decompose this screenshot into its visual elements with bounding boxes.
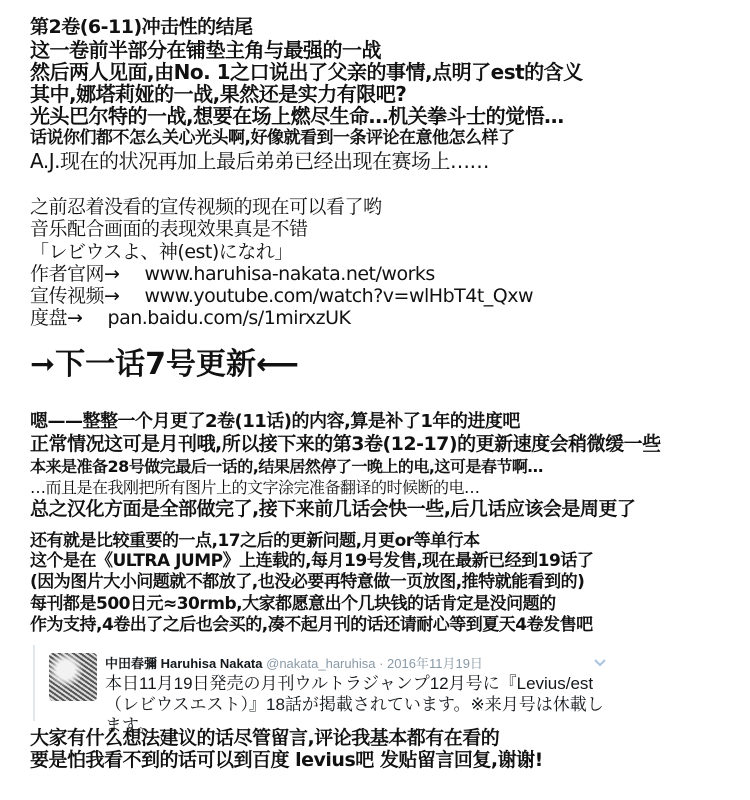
text-line: 这一卷前半部分在铺垫主角与最强的一战 <box>30 40 381 60</box>
tweet-header: 中田春彌 Haruhisa Nakata @nakata_haruhisa · … <box>105 653 483 672</box>
promo-video-label: 宣传视频→ <box>30 285 119 307</box>
quote-line: 「レビウスよ、神(est)になれ」 <box>30 243 293 262</box>
text-line: 光头巴尔特的一战,想要在场上燃尽生命…机关拳斗士的觉悟… <box>30 106 564 126</box>
text-line: 话说你们都不怎么关心光头啊,好像就看到一条评论在意他怎么样了 <box>30 130 514 147</box>
text-line: 要是怕我看不到的话可以到百度 levius吧 发贴留言回复,谢谢! <box>30 751 543 770</box>
text-line: 作为支持,4卷出了之后也会买的,凑不起月刊的话还请耐心等到夏天4卷发售吧 <box>30 617 593 634</box>
baidu-pan-label: 度盘→ <box>30 307 82 329</box>
text-line: 每刊都是500日元≈30rmb,大家都愿意出个几块钱的话肯定是没问题的 <box>30 596 556 613</box>
author-site-label: 作者官网→ <box>30 263 119 285</box>
text-line: 还有就是比较重要的一点,17之后的更新问题,月更or等单行本 <box>30 533 480 550</box>
author-site-row: 作者官网→ www.haruhisa-nakata.net/works <box>30 265 435 284</box>
text-line: 这个是在《ULTRA JUMP》上连载的,每月19号发售,现在最新已经到19话了 <box>30 553 593 570</box>
text-line: 之前忍着没看的宣传视频的现在可以看了哟 <box>30 198 382 217</box>
embedded-tweet[interactable]: 中田春彌 Haruhisa Nakata @nakata_haruhisa · … <box>33 645 625 721</box>
text-line: 本来是准备28号做完最后一话的,结果居然停了一晚上的电,这可是春节啊… <box>30 459 543 475</box>
promo-video-link[interactable]: www.youtube.com/watch?v=wlHbT4t_Qxw <box>145 285 534 307</box>
arrow-right-icon: ➞ <box>30 347 55 382</box>
text-line: …而且是在我刚把所有图片上的文字涂完准备翻译的时候断的电… <box>30 480 480 496</box>
author-site-link[interactable]: www.haruhisa-nakata.net/works <box>145 263 435 285</box>
text-line: (因为图片大小问题就不都放了,也没必要再特意做一页放图,推特就能看到的) <box>30 574 584 591</box>
volume-title: 第2卷(6-11)冲击性的结尾 <box>30 18 253 37</box>
text-line: 正常情况这可是月刊哦,所以接下来的第3卷(12-17)的更新速度会稍微缓一些 <box>30 435 661 454</box>
text-line: A.J.现在的状况再加上最后弟弟已经出现在赛场上…… <box>30 151 489 171</box>
tweet-separator: · <box>379 656 383 671</box>
avatar[interactable] <box>49 653 97 701</box>
text-line: 音乐配合画面的表现效果真是不错 <box>30 220 308 239</box>
tweet-date[interactable]: 2016年11月19日 <box>387 656 483 671</box>
chevron-down-icon[interactable] <box>593 653 607 663</box>
heading-text: 下一话7号更新 <box>55 347 256 382</box>
text-line: 大家有什么想法建议的话尽管留言,评论我基本都有在看的 <box>30 729 499 748</box>
text-line: 嗯——整整一个月更了2卷(11话)的内容,算是补了1年的进度吧 <box>30 413 520 431</box>
text-line: 其中,娜塔莉娅的一战,果然还是实力有限吧? <box>30 84 406 104</box>
promo-video-row: 宣传视频→ www.youtube.com/watch?v=wlHbT4t_Qx… <box>30 287 533 306</box>
tweet-author-name[interactable]: 中田春彌 Haruhisa Nakata <box>105 656 263 671</box>
baidu-pan-row: 度盘→ pan.baidu.com/s/1mirxzUK <box>30 309 350 328</box>
next-update-heading: ➞下一话7号更新⟵ <box>30 350 299 380</box>
baidu-pan-link[interactable]: pan.baidu.com/s/1mirxzUK <box>108 307 351 329</box>
text-line: 然后两人见面,由No. 1之口说出了父亲的事情,点明了est的含义 <box>30 62 583 82</box>
text-line: 总之汉化方面是全部做完了,接下来前几话会快一些,后几话应该会是周更了 <box>30 500 635 519</box>
tweet-author-handle[interactable]: @nakata_haruhisa <box>266 656 375 671</box>
arrow-left-icon: ⟵ <box>256 347 299 382</box>
